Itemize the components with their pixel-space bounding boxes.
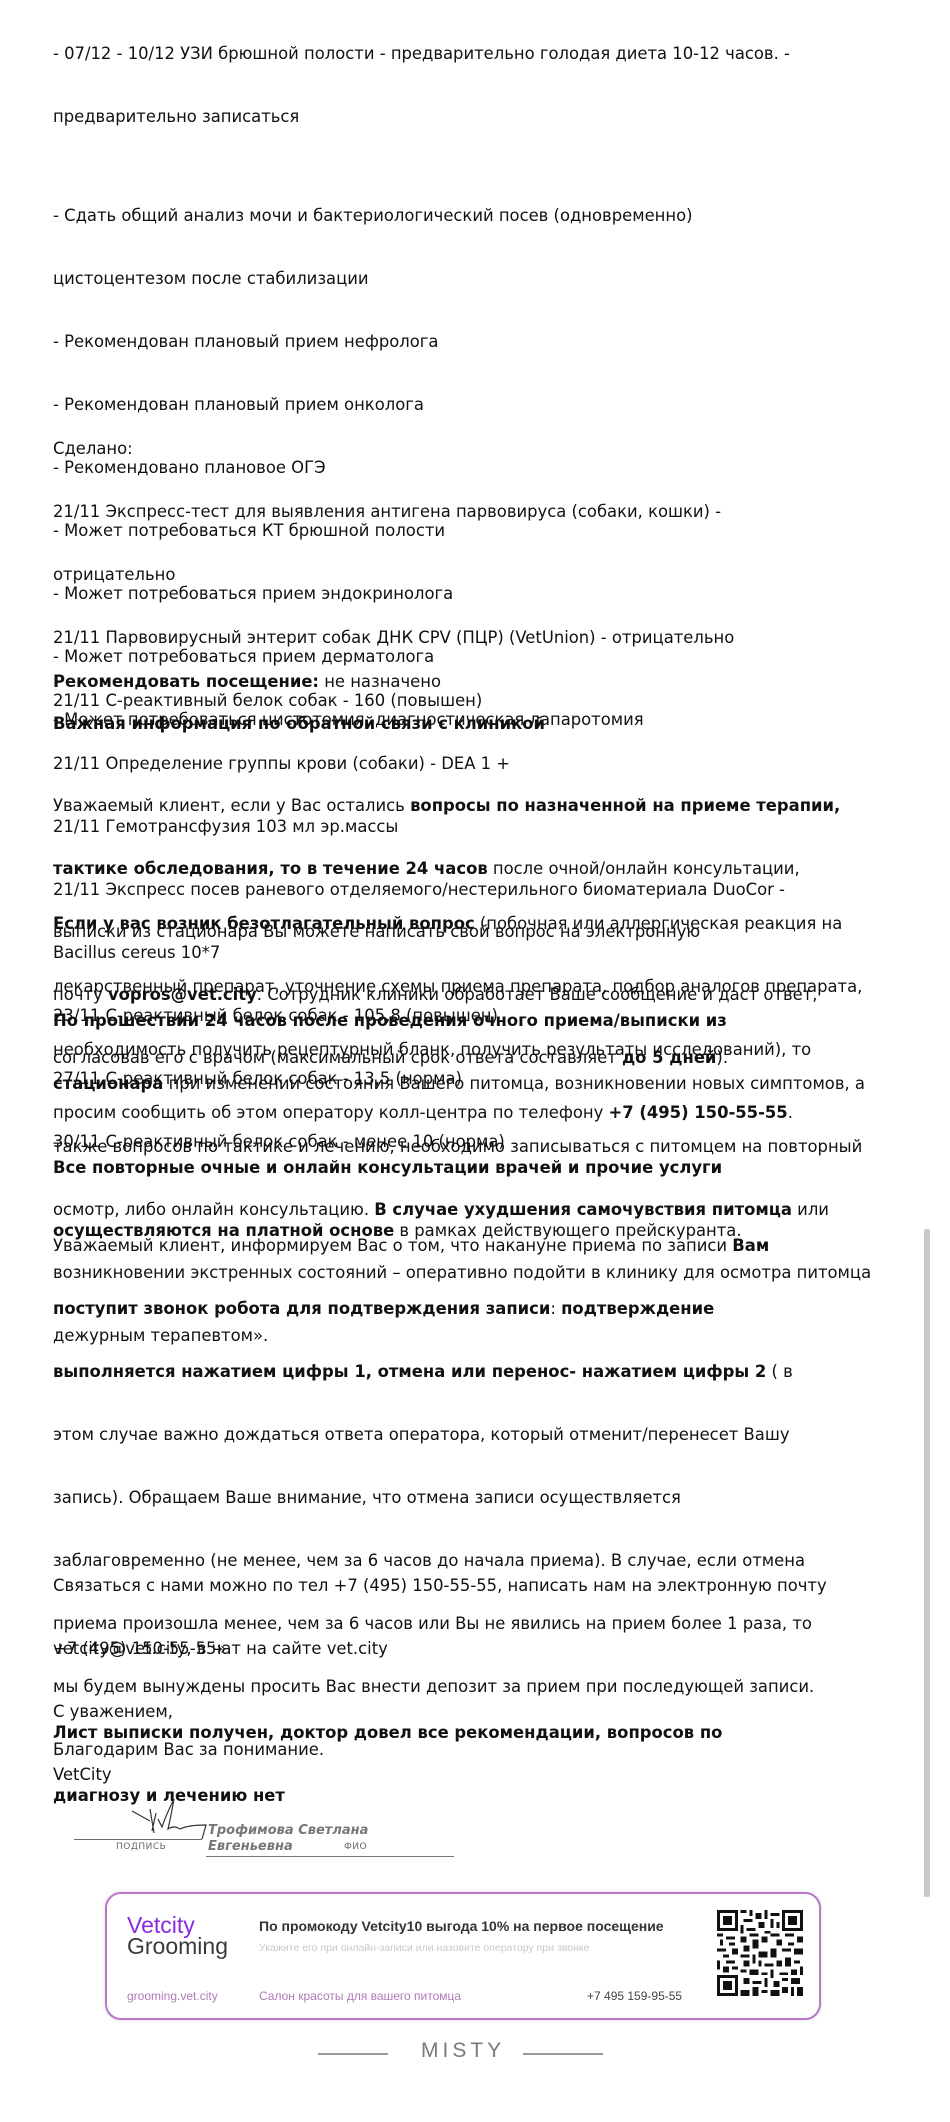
- grooming-promo-card[interactable]: Vetcity Grooming По промокоду Vetcity10 …: [105, 1892, 821, 2020]
- feedback-heading: Важная информация по обратной связи с кл…: [53, 713, 873, 734]
- text: при изменении состояния Вашего питомца, …: [163, 1074, 865, 1093]
- list-item: отрицательно: [53, 564, 873, 585]
- feedback-heading-text: Важная информация по обратной связи с кл…: [53, 714, 545, 733]
- qr-code-icon[interactable]: [717, 1910, 803, 1996]
- text-line: предварительно записаться: [53, 106, 873, 127]
- text: этом случае важно дождаться ответа опера…: [53, 1424, 873, 1445]
- text-bold: поступит звонок робота для подтверждения…: [53, 1299, 550, 1318]
- text-bold: стационара: [53, 1074, 163, 1093]
- signature-scribble-icon: [128, 1795, 208, 1841]
- text: запись). Обращаем Ваше внимание, что отм…: [53, 1487, 873, 1508]
- text: Связаться с нами можно по тел +7 (495) 1…: [53, 1575, 873, 1596]
- recommended-visit: Рекомендовать посещение: не назначено: [53, 671, 873, 692]
- list-item: - Сдать общий анализ мочи и бактериологи…: [53, 205, 873, 226]
- text-bold: Лист выписки получен, доктор довел все р…: [53, 1722, 873, 1743]
- contact-phone: +7 (495) 150-55-55»: [53, 1638, 873, 1659]
- list-item: - Рекомендован плановый прием нефролога: [53, 331, 873, 352]
- signature-block: ПОДПИСЬ Трофимова Светлана Евгеньевна ФИ…: [74, 1795, 454, 1855]
- ultrasound-note: - 07/12 - 10/12 УЗИ брюшной полости - пр…: [53, 1, 873, 148]
- list-item: 21/11 Экспресс-тест для выявления антиге…: [53, 501, 873, 522]
- signature-line: [74, 1839, 202, 1840]
- promo-url-link[interactable]: grooming.vet.city: [127, 1986, 218, 2007]
- promo-subtitle: Укажите его при онлайн-записи или назови…: [259, 1938, 589, 1959]
- text-bold: выполняется нажатием цифры 1, отмена или…: [53, 1362, 766, 1381]
- text: Уважаемый клиент, информируем Вас о том,…: [53, 1236, 732, 1255]
- footer-brand-word: MISTY: [421, 2040, 505, 2061]
- text: Уважаемый клиент, если у Вас остались: [53, 796, 410, 815]
- brand-logo-grooming: Grooming: [127, 1934, 228, 1958]
- promo-title: По промокоду Vetcity10 выгода 10% на пер…: [259, 1916, 664, 1937]
- text-bold: По прошествии 24 часов после проведения …: [53, 1011, 727, 1030]
- text-line: - 07/12 - 10/12 УЗИ брюшной полости - пр…: [53, 43, 873, 64]
- text: :: [550, 1299, 561, 1318]
- text: ( в: [766, 1362, 792, 1381]
- text-bold: подтверждение: [561, 1299, 714, 1318]
- done-heading: Сделано:: [53, 438, 873, 459]
- visit-label: Рекомендовать посещение:: [53, 672, 319, 691]
- text: (побочная или аллергическая реакция на: [475, 914, 843, 933]
- divider: [523, 2053, 603, 2055]
- divider: [318, 2053, 388, 2055]
- text-bold: Если у вас возник безотлагательный вопро…: [53, 914, 475, 933]
- visit-value: не назначено: [319, 672, 441, 691]
- text-bold: Все повторные очные и онлайн консультаци…: [53, 1158, 722, 1177]
- signature-caption: ПОДПИСЬ: [116, 1842, 166, 1852]
- name-caption: ФИО: [344, 1842, 367, 1852]
- list-item: 21/11 Парвовирусный энтерит собак ДНК CP…: [53, 627, 873, 648]
- footer-brand: MISTY: [318, 2040, 638, 2070]
- promo-phone[interactable]: +7 495 159-95-55: [587, 1986, 682, 2007]
- list-item: цистоцентезом после стабилизации: [53, 268, 873, 289]
- vertical-scrollbar[interactable]: [924, 1229, 930, 1897]
- text-bold: Вам: [732, 1236, 769, 1255]
- promo-tagline: Салон красоты для вашего питомца: [259, 1986, 461, 2007]
- text-bold: вопросы по назначенной на приеме терапии…: [410, 796, 840, 815]
- doctor-name: Трофимова Светлана Евгеньевна: [206, 1823, 454, 1857]
- list-item: 21/11 С-реактивный белок собак - 160 (по…: [53, 690, 873, 711]
